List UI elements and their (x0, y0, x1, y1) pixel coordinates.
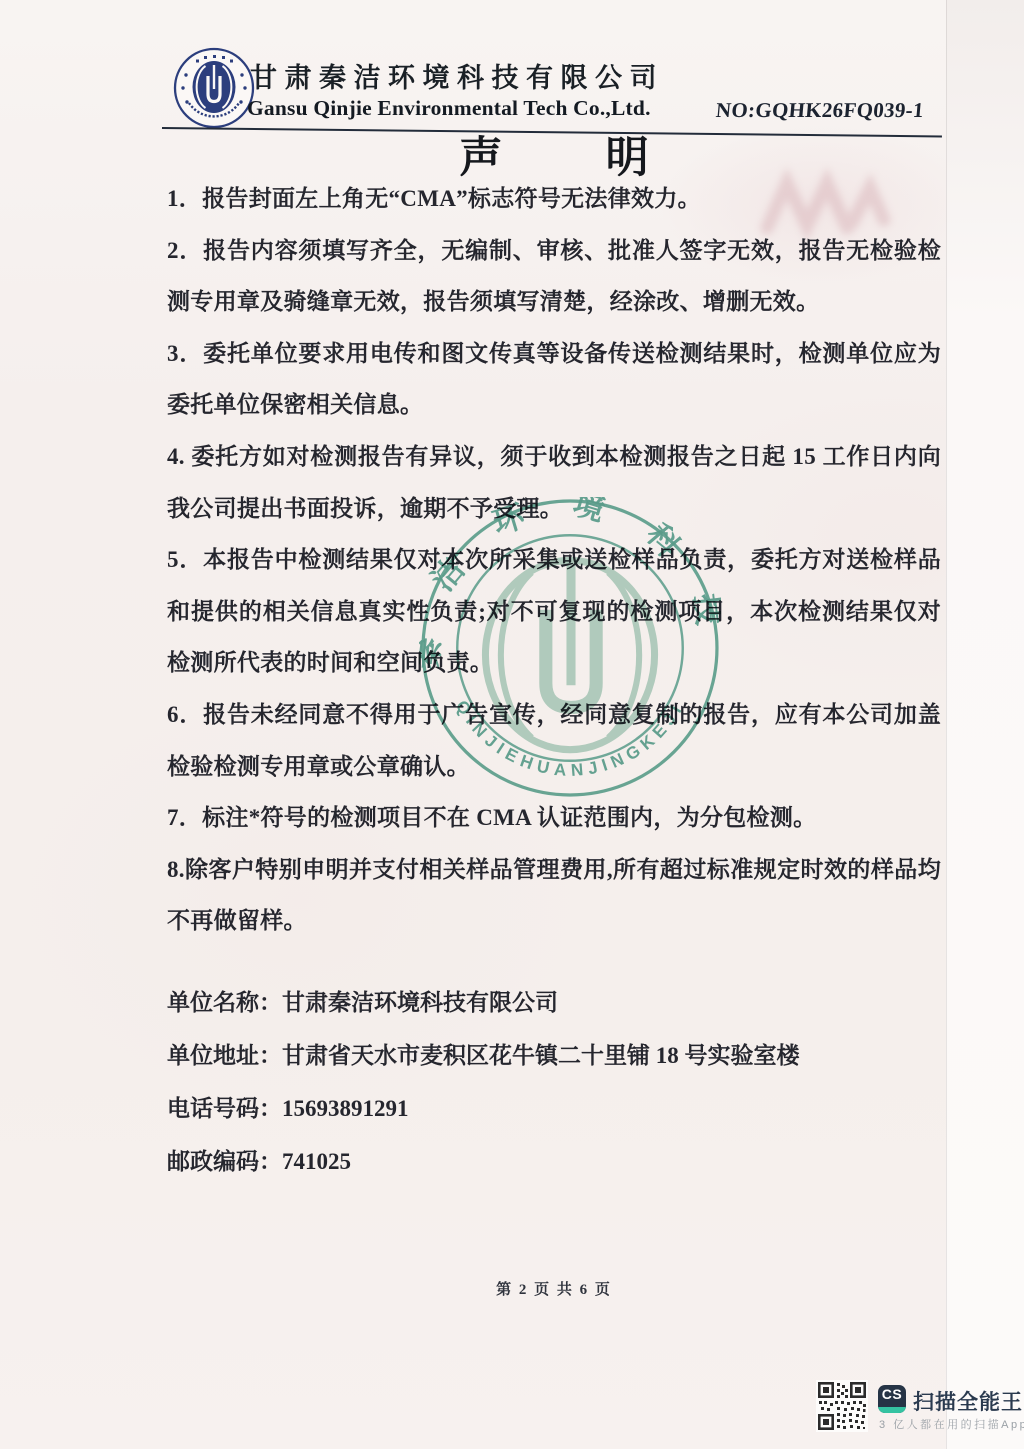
info-value: 甘肃省天水市麦积区花牛镇二十里铺 18 号实验室楼 (282, 1043, 800, 1068)
info-label: 单位名称： (167, 990, 282, 1015)
camscanner-badge-strip (878, 1407, 906, 1413)
info-value: 741025 (282, 1149, 351, 1174)
report-number: NO:GQHK26FQ039-1 (715, 98, 925, 123)
scanned-report-page: 甘肃秦洁环境科技有限公司 Gansu Qinjie Environmental … (0, 0, 1024, 1449)
statement-item-5: 5．本报告中检测结果仅对本次所采集或送检样品负责，委托方对送检样品和提供的相关信… (167, 534, 941, 689)
company-name-en: Gansu Qinjie Environmental Tech Co.,Ltd. (247, 96, 651, 121)
company-info-block: 单位名称：甘肃秦洁环境科技有限公司 单位地址：甘肃省天水市麦积区花牛镇二十里铺 … (167, 976, 941, 1188)
statement-item-3: 3．委托单位要求用电传和图文传真等设备传送检测结果时，检测单位应为委托单位保密相… (167, 328, 941, 431)
camscanner-badge-label: CS (878, 1386, 906, 1402)
info-row-phone: 电话号码：15693891291 (167, 1082, 941, 1135)
statement-item-2: 2．报告内容须填写齐全，无编制、审核、批准人签字无效，报告无检验检测专用章及骑缝… (167, 225, 941, 328)
info-label: 电话号码： (167, 1096, 282, 1121)
info-value: 15693891291 (282, 1096, 409, 1121)
statement-item-8: 8.除客户特别申明并支付相关样品管理费用,所有超过标准规定时效的样品均不再做留样… (167, 844, 941, 947)
statement-item-6: 6．报告未经同意不得用于广告宣传，经同意复制的报告，应有本公司加盖检验检测专用章… (167, 689, 941, 792)
statement-item-4: 4. 委托方如对检测报告有异议，须于收到本检测报告之日起 15 工作日内向我公司… (167, 431, 941, 534)
statement-item-1: 1．报告封面左上角无“CMA”标志符号无法律效力。 (167, 173, 941, 225)
info-row-address: 单位地址：甘肃省天水市麦积区花牛镇二十里铺 18 号实验室楼 (167, 1029, 941, 1082)
info-label: 单位地址： (167, 1043, 282, 1068)
info-row-postcode: 邮政编码：741025 (167, 1135, 941, 1188)
scanner-watermark: CS 扫描全能王 3 亿人都在用的扫描App (816, 1378, 1016, 1438)
statement-body: 1．报告封面左上角无“CMA”标志符号无法律效力。 2．报告内容须填写齐全，无编… (167, 173, 941, 947)
info-label: 邮政编码： (167, 1149, 282, 1174)
camscanner-logo-icon: CS (878, 1385, 906, 1413)
info-value: 甘肃秦洁环境科技有限公司 (282, 990, 558, 1015)
statement-item-7: 7．标注*符号的检测项目不在 CMA 认证范围内，为分包检测。 (167, 792, 941, 844)
page-number: 第 2 页 共 6 页 (168, 1278, 940, 1299)
camscanner-app-name: 扫描全能王 (913, 1386, 1023, 1416)
camscanner-tagline: 3 亿人都在用的扫描App (879, 1416, 1024, 1432)
info-row-name: 单位名称：甘肃秦洁环境科技有限公司 (167, 976, 941, 1029)
company-name-cn: 甘肃秦洁环境科技有限公司 (250, 56, 664, 95)
company-logo-icon (172, 46, 256, 130)
scan-edge-strip (946, 0, 1024, 1449)
qr-code-icon (816, 1380, 868, 1432)
